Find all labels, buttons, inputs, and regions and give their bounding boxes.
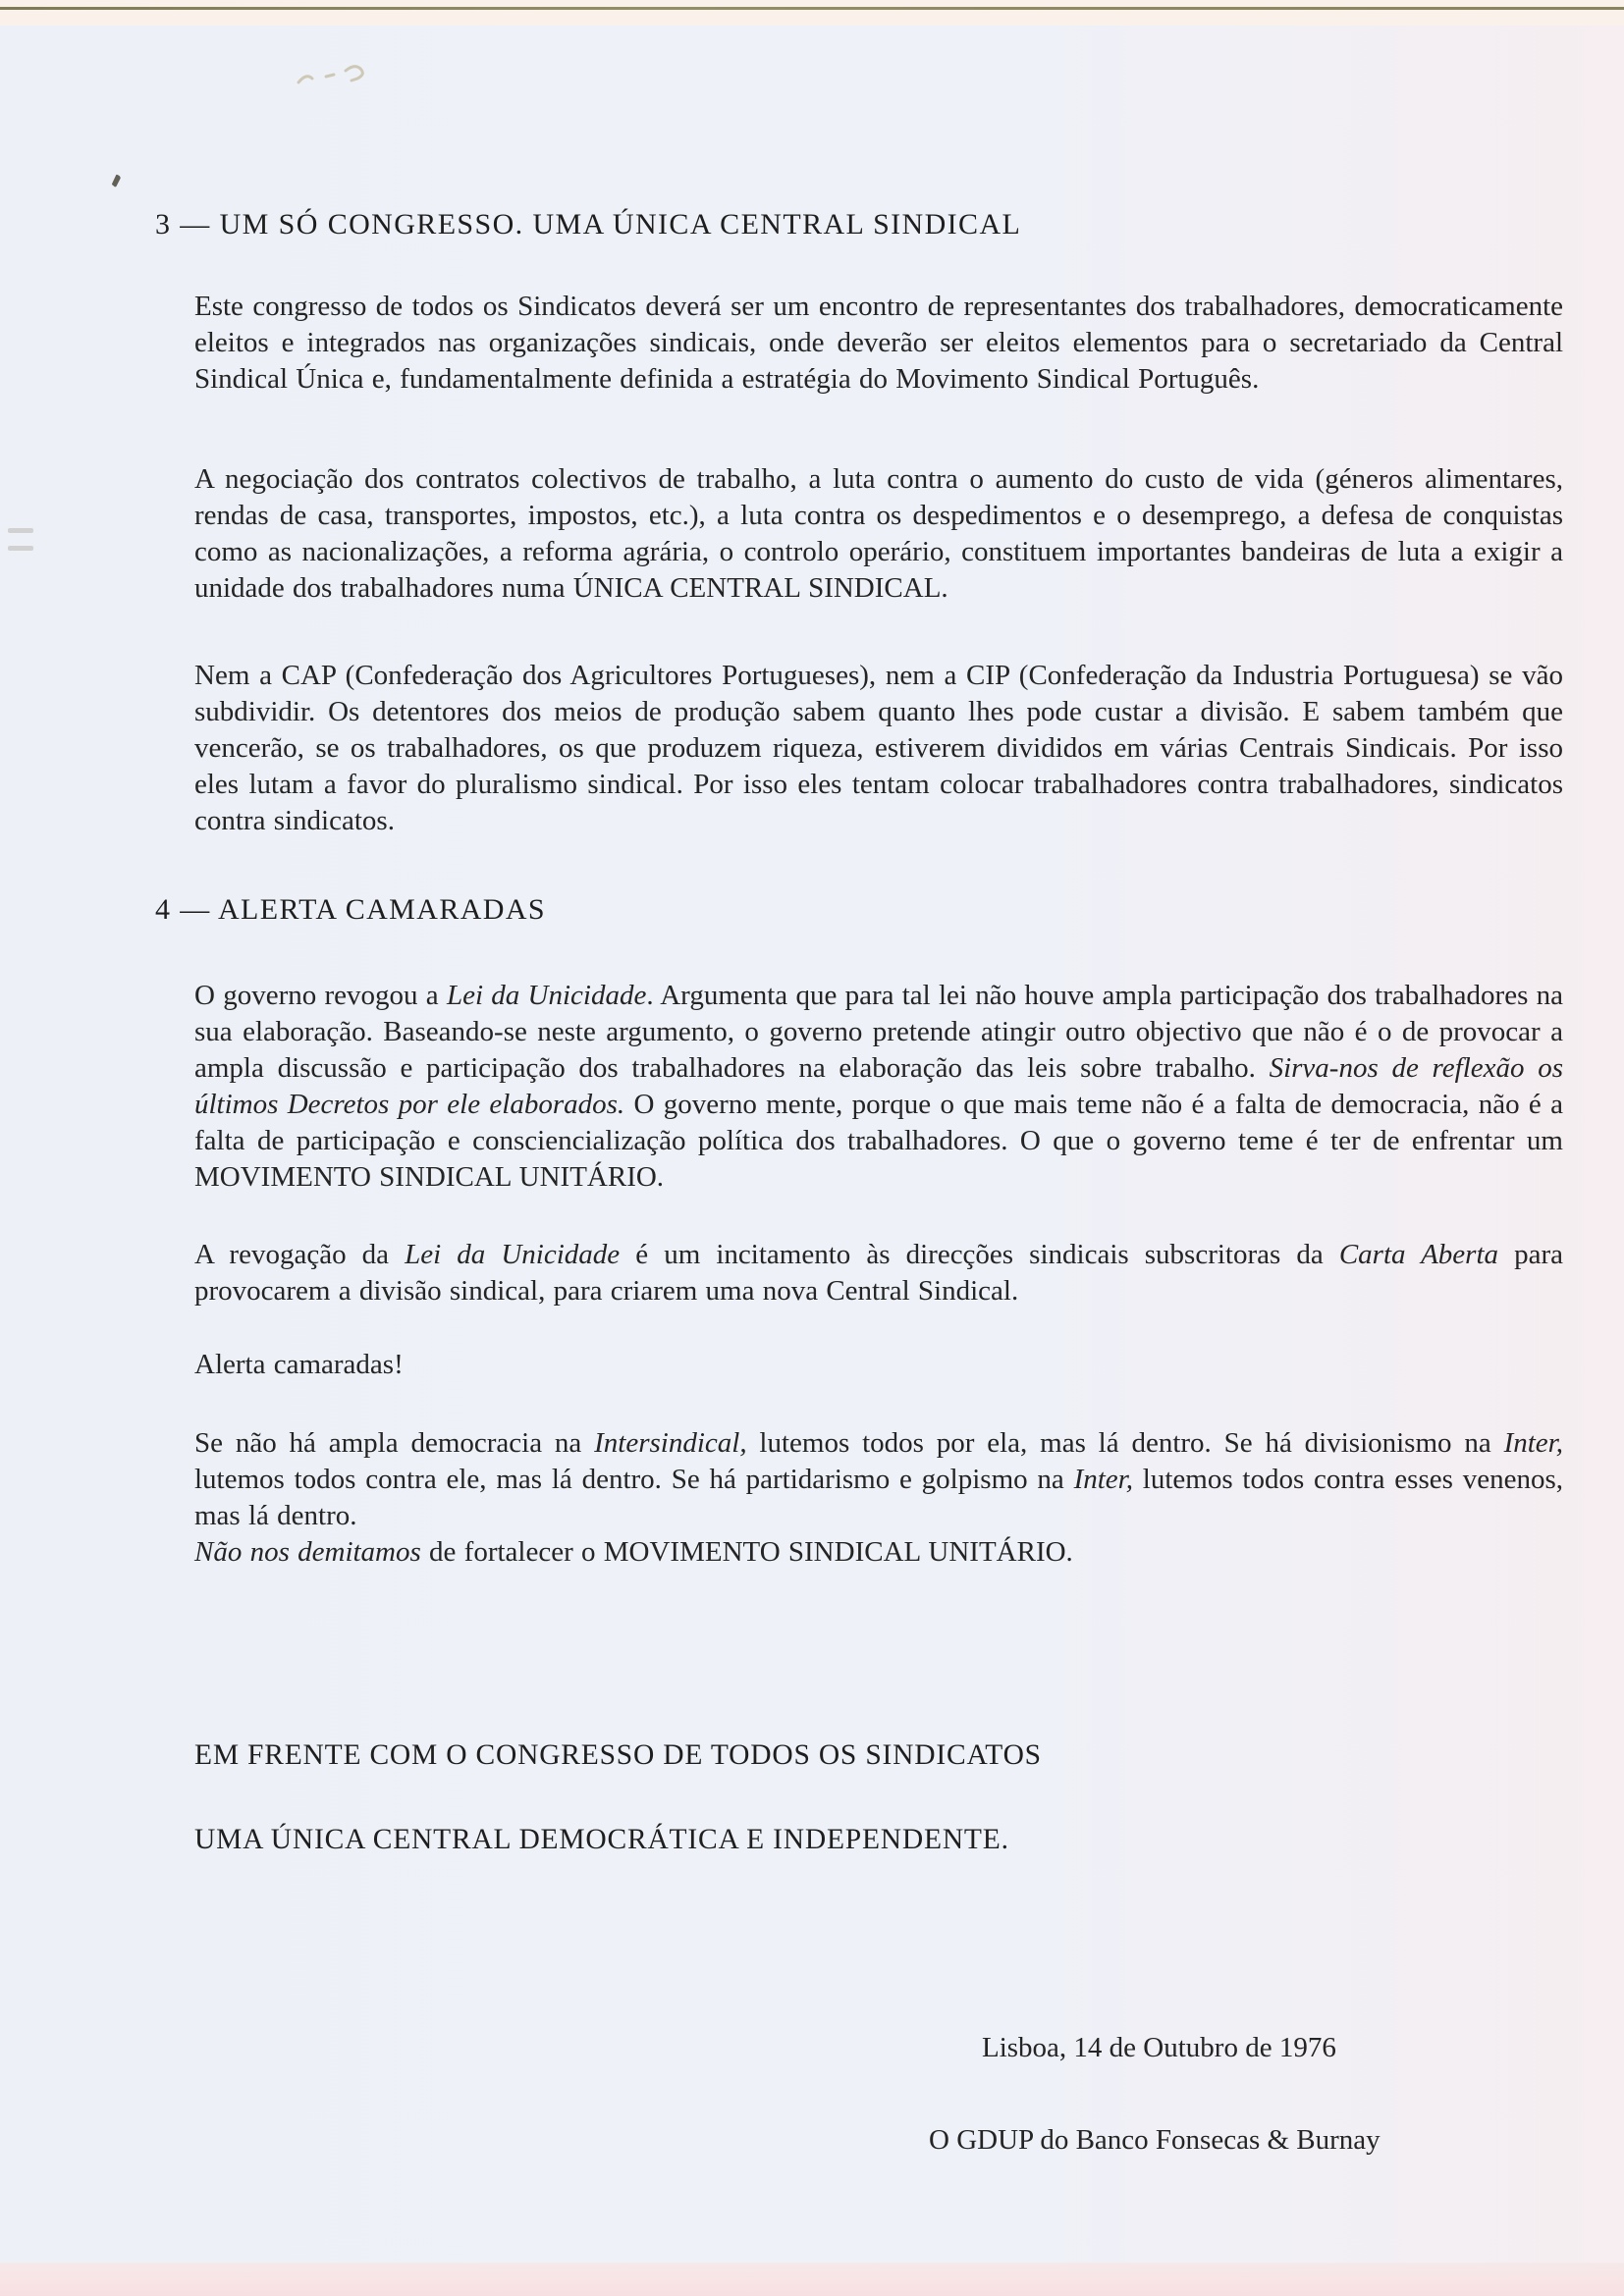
- paragraph-revogacao: A revogação da Lei da Unicidade é um inc…: [194, 1237, 1563, 1309]
- line-alerta-camaradas: Alerta camaradas!: [194, 1347, 1563, 1383]
- page-top-edge: [0, 0, 1624, 26]
- paragraph-cap-cip: Nem a CAP (Confederação dos Agricultores…: [194, 658, 1563, 839]
- section-heading-3: 3 — UM SÓ CONGRESSO. UMA ÚNICA CENTRAL S…: [155, 208, 1021, 241]
- slogan-central-unica: UMA ÚNICA CENTRAL DEMOCRÁTICA E INDEPEND…: [194, 1824, 1009, 1856]
- scan-dash-artifact: [8, 520, 69, 528]
- dateline: Lisboa, 14 de Outubro de 1976: [982, 2032, 1336, 2064]
- paragraph-negociacao: A negociação dos contratos colectivos de…: [194, 461, 1563, 607]
- paragraph-congresso: Este congresso de todos os Sindicatos de…: [194, 289, 1563, 398]
- slogan-congresso: EM FRENTE COM O CONGRESSO DE TODOS OS SI…: [194, 1739, 1042, 1772]
- signature-line: O GDUP do Banco Fonsecas & Burnay: [929, 2124, 1380, 2157]
- section-heading-4: 4 — ALERTA CAMARADAS: [155, 893, 546, 927]
- scanned-document-page: 3 — UM SÓ CONGRESSO. UMA ÚNICA CENTRAL S…: [0, 0, 1624, 2296]
- pencil-scribble-mark: [295, 61, 383, 90]
- page-bottom-edge: [0, 2263, 1624, 2296]
- ink-speck-mark: [111, 174, 122, 188]
- paragraph-lei-unicidade: O governo revogou a Lei da Unicidade. Ar…: [194, 978, 1563, 1196]
- paragraph-intersindical: Se não há ampla democracia na Intersindi…: [194, 1425, 1563, 1534]
- paragraph-nao-nos-demitamos: Não nos demitamos de fortalecer o MOVIME…: [194, 1534, 1563, 1571]
